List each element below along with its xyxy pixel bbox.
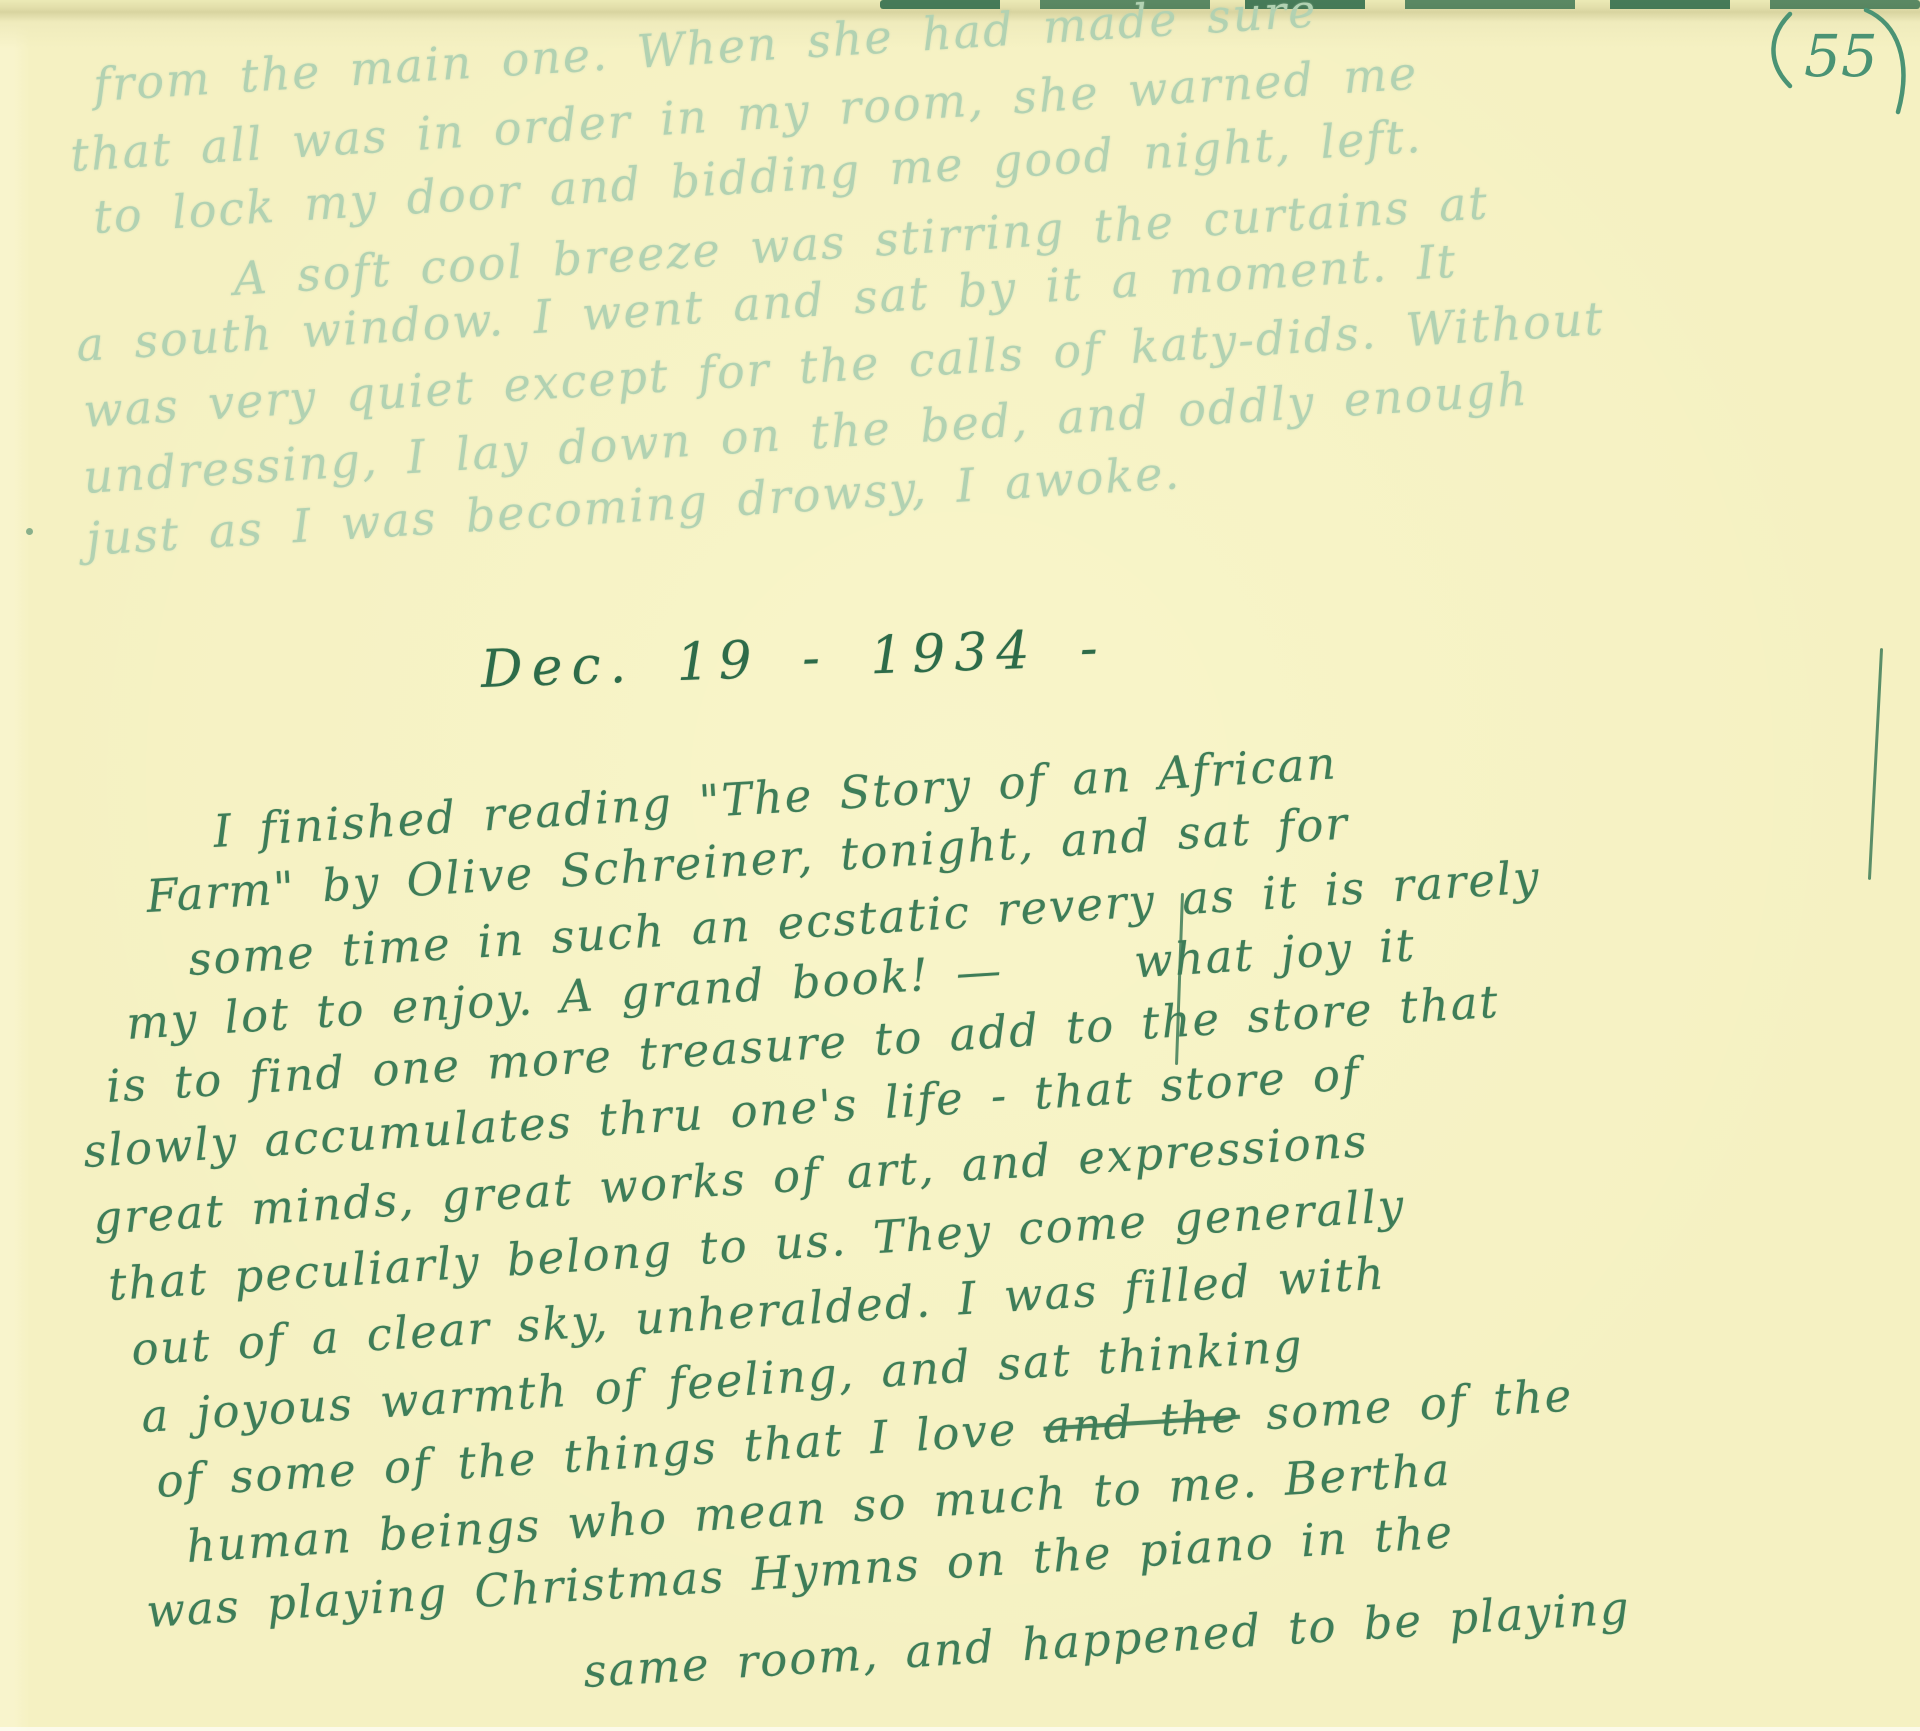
ink-dot xyxy=(26,528,33,535)
page-number-curve-icon: 55 xyxy=(1748,4,1920,126)
page-number-mark: 55 xyxy=(1748,4,1920,130)
page-number: 55 xyxy=(1804,22,1878,90)
diary-page-scan: { "page_number": "55", "colors": { "pape… xyxy=(0,0,1920,1731)
scan-bottom-edge xyxy=(0,1727,1920,1731)
